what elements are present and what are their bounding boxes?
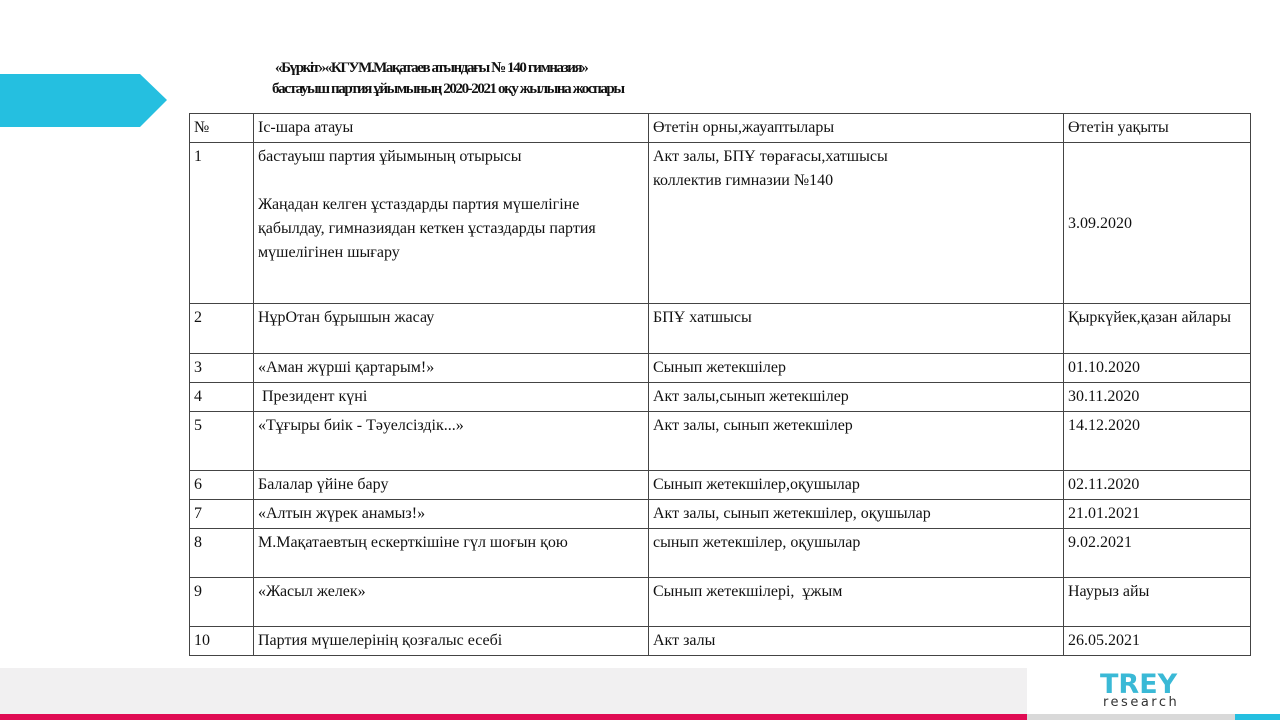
- cell-number: 10: [190, 627, 254, 656]
- cell-number: 7: [190, 500, 254, 529]
- plan-table: № Іс-шара атауы Өтетін орны,жауаптылары …: [189, 113, 1251, 656]
- cell-time: 30.11.2020: [1064, 383, 1251, 412]
- footer-accent-bar-grey: [1027, 714, 1235, 720]
- cell-time: 3.09.2020: [1064, 143, 1251, 304]
- cell-time: Қыркүйек,қазан айлары: [1064, 304, 1251, 354]
- cell-number: 5: [190, 412, 254, 471]
- cell-time: 01.10.2020: [1064, 354, 1251, 383]
- cell-time: 14.12.2020: [1064, 412, 1251, 471]
- cell-event: бастауыш партия ұйымының отырысы Жаңадан…: [254, 143, 649, 304]
- slide-title: «Бүркіт»«КГУМ.Мақатаев атындағы № 140 ги…: [272, 58, 792, 100]
- cell-event: Партия мүшелерінің қозғалыс есебі: [254, 627, 649, 656]
- table-row: 7 «Алтын жүрек анамыз!» Акт залы, сынып …: [190, 500, 1251, 529]
- place-main: Акт залы, БПҰ төрағасы,хатшысы: [653, 148, 888, 165]
- decorative-arrow-shape: [0, 74, 167, 127]
- footer-accent-bar-pink: [0, 714, 1027, 720]
- cell-event: Президент күні: [254, 383, 649, 412]
- cell-place: Сынып жетекшілер,оқушылар: [649, 471, 1064, 500]
- cell-event: «Жасыл желек»: [254, 578, 649, 627]
- cell-event: М.Мақатаевтың ескерткішіне гүл шоғын қою: [254, 529, 649, 578]
- cell-number: 4: [190, 383, 254, 412]
- header-event: Іс-шара атауы: [254, 114, 649, 143]
- cell-number: 6: [190, 471, 254, 500]
- cell-place: Акт залы,сынып жетекшілер: [649, 383, 1064, 412]
- cell-place: сынып жетекшілер, оқушылар: [649, 529, 1064, 578]
- cell-time: 26.05.2021: [1064, 627, 1251, 656]
- cell-number: 9: [190, 578, 254, 627]
- cell-time: 9.02.2021: [1064, 529, 1251, 578]
- cell-place: Акт залы: [649, 627, 1064, 656]
- cell-time: 02.11.2020: [1064, 471, 1251, 500]
- cell-place: Сынып жетекшілері, ұжым: [649, 578, 1064, 627]
- event-description: Жаңадан келген ұстаздарды партия мүшеліг…: [258, 196, 596, 261]
- cell-place: Акт залы, сынып жетекшілер, оқушылар: [649, 500, 1064, 529]
- header-time: Өтетін уақыты: [1064, 114, 1251, 143]
- header-place: Өтетін орны,жауаптылары: [649, 114, 1064, 143]
- event-title: бастауыш партия ұйымының отырысы: [258, 148, 521, 165]
- table-row: 6 Балалар үйіне бару Сынып жетекшілер,оқ…: [190, 471, 1251, 500]
- table-row: 4 Президент күні Акт залы,сынып жетекшіл…: [190, 383, 1251, 412]
- cell-event: «Тұғыры биік - Тәуелсіздік...»: [254, 412, 649, 471]
- table-row: 3 «Аман жүрші қартарым!» Сынып жетекшіле…: [190, 354, 1251, 383]
- cell-place: Сынып жетекшілер: [649, 354, 1064, 383]
- title-line-2: бастауыш партия ұйымының 2020-2021 оқу ж…: [272, 79, 792, 100]
- cell-event: «Алтын жүрек анамыз!»: [254, 500, 649, 529]
- cell-number: 1: [190, 143, 254, 304]
- cell-event: «Аман жүрші қартарым!»: [254, 354, 649, 383]
- header-number: №: [190, 114, 254, 143]
- cell-event: Балалар үйіне бару: [254, 471, 649, 500]
- table-row: 1 бастауыш партия ұйымының отырысы Жаңад…: [190, 143, 1251, 304]
- table-header-row: № Іс-шара атауы Өтетін орны,жауаптылары …: [190, 114, 1251, 143]
- title-line-1: «Бүркіт»«КГУМ.Мақатаев атындағы № 140 ги…: [272, 58, 792, 79]
- cell-number: 8: [190, 529, 254, 578]
- cell-number: 2: [190, 304, 254, 354]
- cell-event: НұрОтан бұрышын жасау: [254, 304, 649, 354]
- cell-time: 21.01.2021: [1064, 500, 1251, 529]
- table-row: 2 НұрОтан бұрышын жасау БПҰ хатшысы Қырк…: [190, 304, 1251, 354]
- logo-sub-text: research: [1103, 696, 1179, 710]
- cell-place: Акт залы, сынып жетекшілер: [649, 412, 1064, 471]
- cell-place: БПҰ хатшысы: [649, 304, 1064, 354]
- cell-number: 3: [190, 354, 254, 383]
- table-row: 5 «Тұғыры биік - Тәуелсіздік...» Акт зал…: [190, 412, 1251, 471]
- table-row: 9 «Жасыл желек» Сынып жетекшілері, ұжым …: [190, 578, 1251, 627]
- place-extra: коллектив гимназии №140: [653, 172, 833, 189]
- table-row: 10 Партия мүшелерінің қозғалыс есебі Акт…: [190, 627, 1251, 656]
- cell-time: Наурыз айы: [1064, 578, 1251, 627]
- table-row: 8 М.Мақатаевтың ескерткішіне гүл шоғын қ…: [190, 529, 1251, 578]
- cell-place: Акт залы, БПҰ төрағасы,хатшысы коллектив…: [649, 143, 1064, 304]
- footer-accent-bar-cyan: [1235, 714, 1280, 720]
